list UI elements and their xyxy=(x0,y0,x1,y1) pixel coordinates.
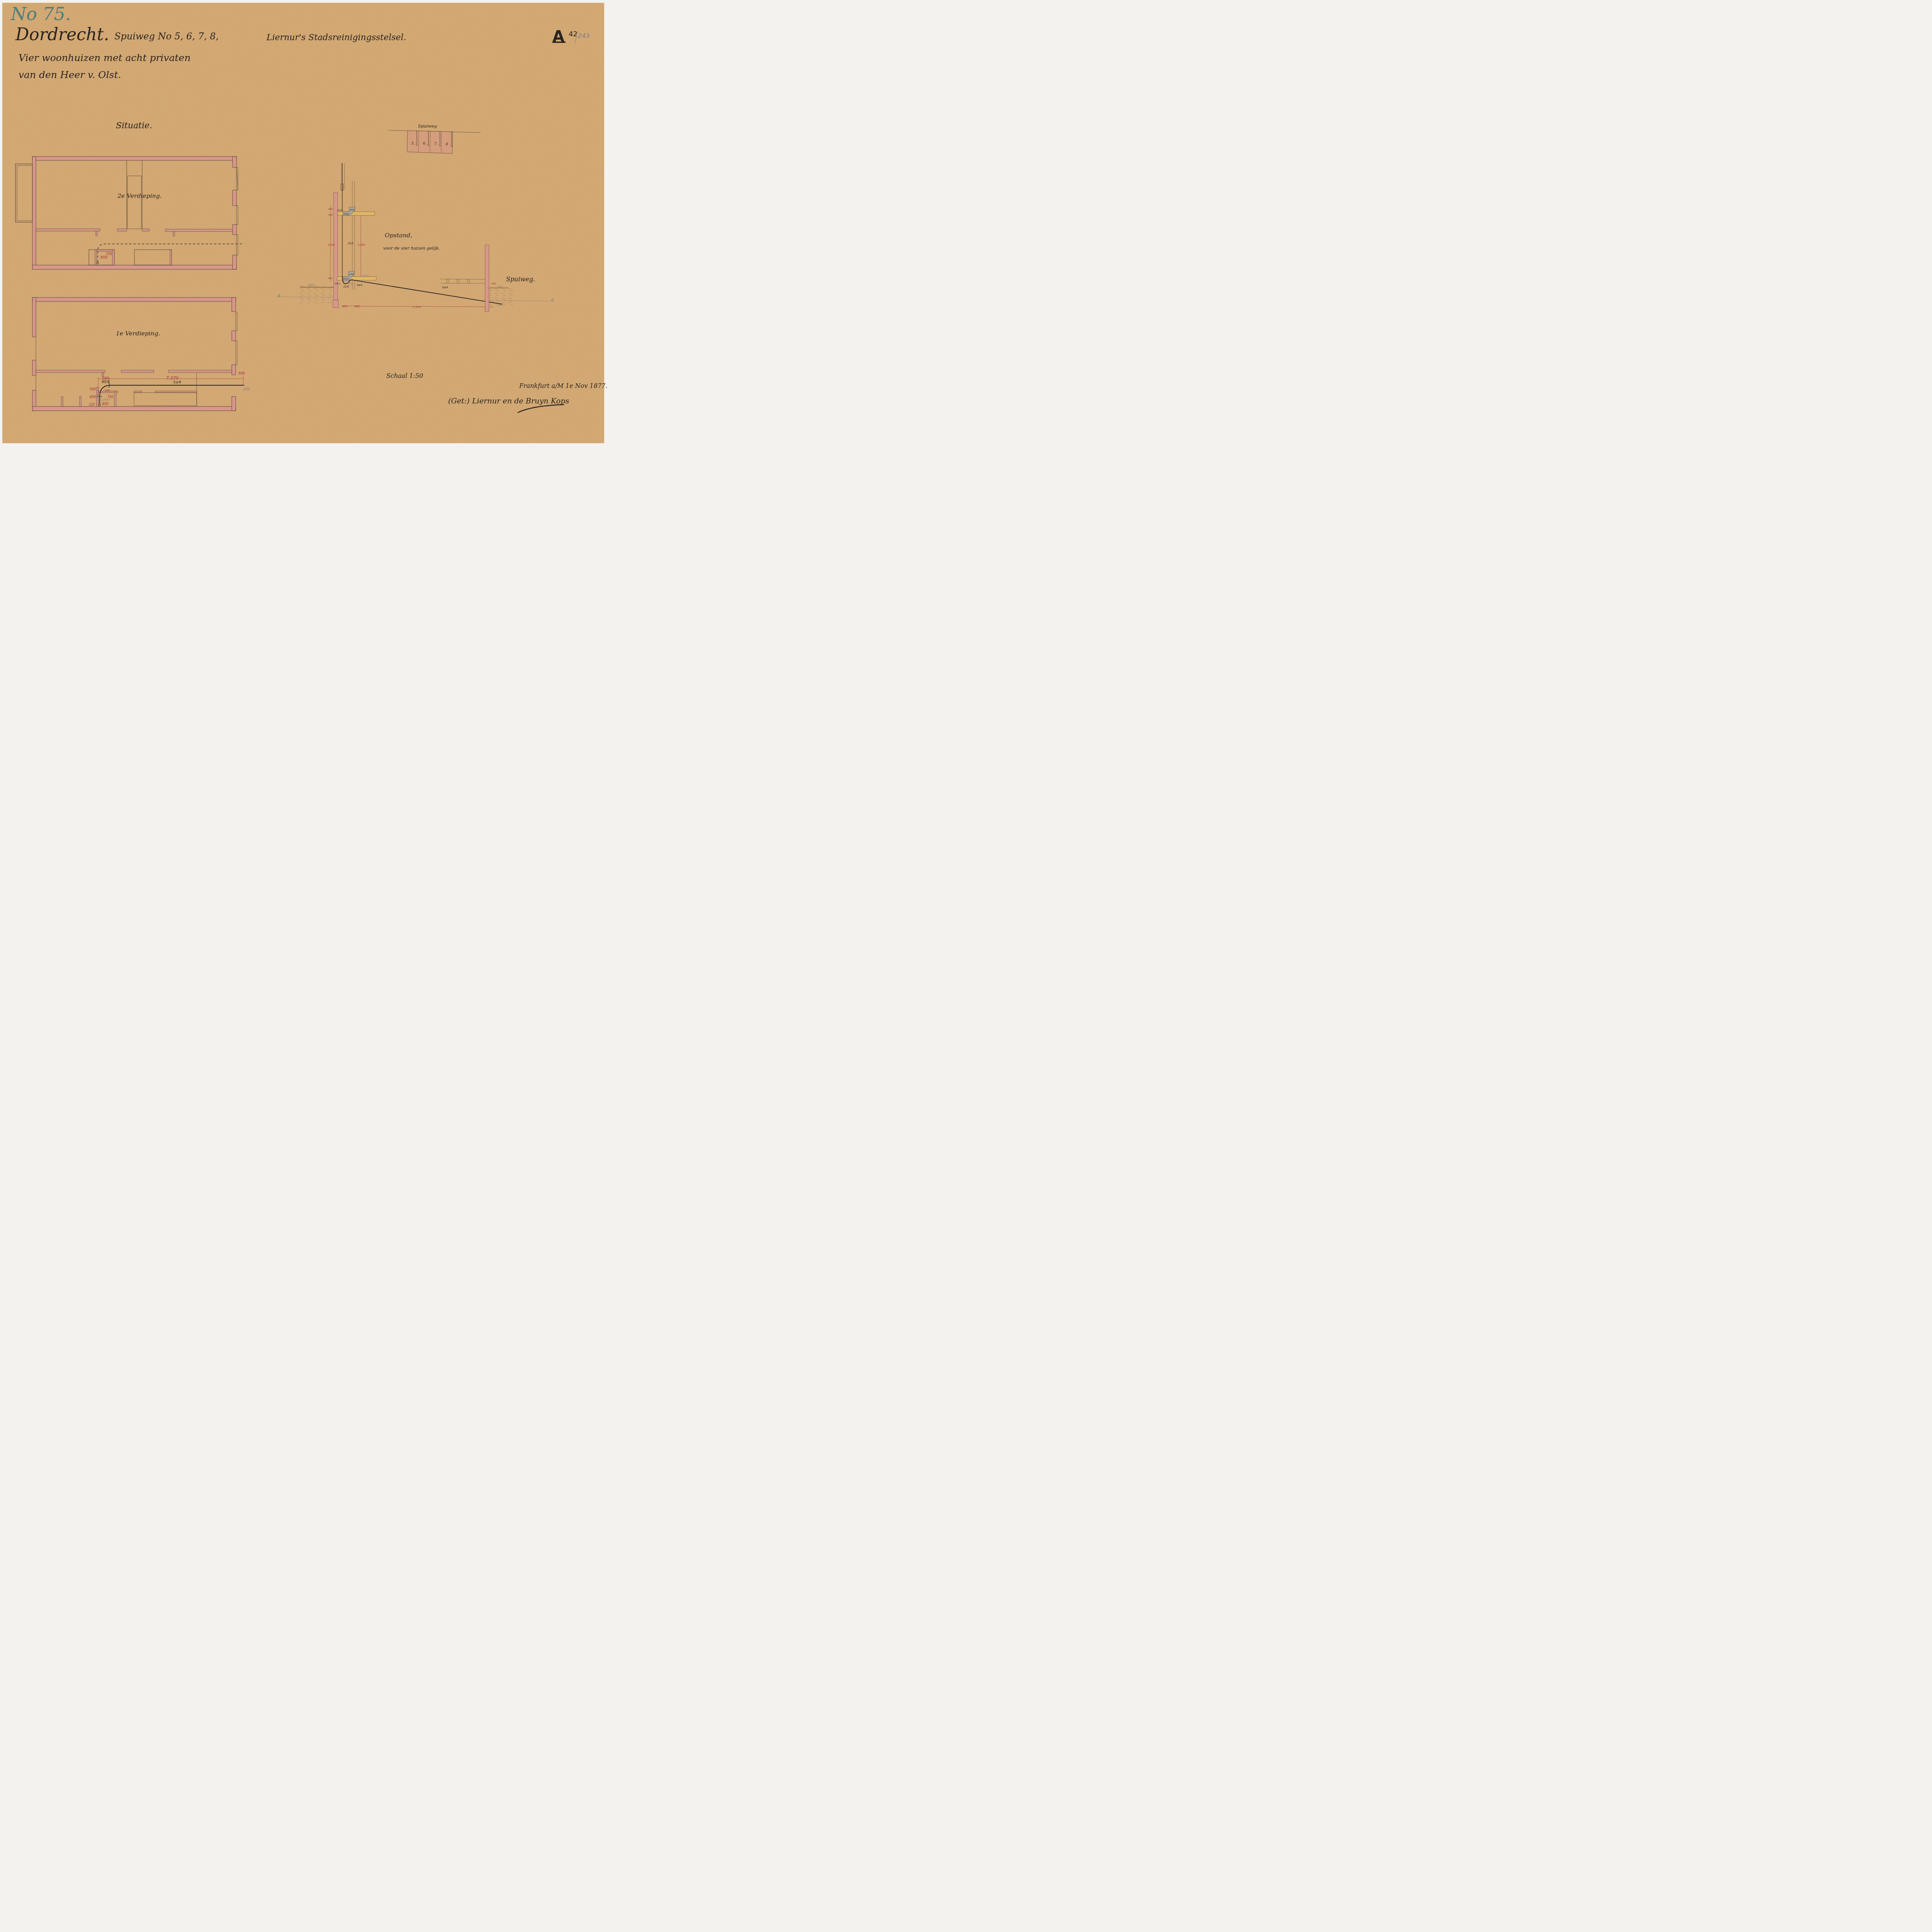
front-wall-footing xyxy=(333,300,338,308)
dim-bottom-7370: 7.370 xyxy=(413,305,421,309)
dim-bend-500: 500 xyxy=(105,389,110,392)
house-number-7: 7. xyxy=(434,142,438,146)
wc-wall xyxy=(95,250,97,265)
ground-hatch-right xyxy=(489,287,515,305)
interior-wall xyxy=(121,370,154,372)
stub-wall xyxy=(61,396,63,406)
sheet-number: No 75. xyxy=(10,3,71,24)
wall-segment xyxy=(134,391,142,393)
label-drain-main: 5a/4 xyxy=(442,286,448,289)
pipe-main-label: 5a/4 xyxy=(173,380,181,384)
plan-upper-label: 2e Verdieping. xyxy=(117,192,162,199)
level-750: 750+ xyxy=(348,283,354,285)
pipe-bend-label: 80/4 xyxy=(102,380,110,384)
paper-grain xyxy=(2,3,604,443)
dim-storey-3250: 3.250 xyxy=(358,243,365,247)
level-500-left: 500+ xyxy=(308,284,316,287)
label-closet-trap-upper: 27/2 xyxy=(344,213,349,216)
drawing-canvas: No 75. Dordrecht. Spuiweg No 5, 6, 7, 8,… xyxy=(0,0,609,446)
situatie-heading: Situatie. xyxy=(116,121,152,131)
place-date: Frankfurt a/M 1e Nov 1877. xyxy=(519,382,607,389)
box-wall xyxy=(170,250,172,265)
wall-right-pier xyxy=(233,255,236,269)
house-number-5: 5. xyxy=(412,141,415,146)
archive-ref-pencil: 243 xyxy=(578,32,590,39)
dim-7370: 7.370 xyxy=(166,376,179,381)
dim-wc-width: 850 xyxy=(100,255,107,260)
wall-right-pier xyxy=(232,365,236,375)
dim-wc-depth: 750 xyxy=(106,252,112,256)
subtitle-line2: van den Heer v. Olst. xyxy=(19,69,121,80)
dim-upper-400: 400 xyxy=(328,214,333,216)
joist xyxy=(447,279,449,283)
dim-upper-500: 500 xyxy=(328,208,333,211)
wall-left-pier xyxy=(32,360,36,376)
wall-right-pier xyxy=(232,331,236,341)
subtitle-line1: Vier woonhuizen met acht privaten xyxy=(19,52,190,63)
level-1100: 1100+ xyxy=(101,398,111,401)
level-500-right: 500+ xyxy=(498,286,504,288)
label-closet-trap-lower: 27/2 xyxy=(344,278,349,281)
plan-lower-label: 1e Verdieping. xyxy=(116,330,160,337)
label-stack-upper: 32/1 xyxy=(337,209,342,212)
interior-wall xyxy=(36,370,105,372)
wall-right-pier xyxy=(233,224,236,235)
wall-bottom xyxy=(32,265,236,269)
label-drain-bend: 8a/4 xyxy=(357,284,362,287)
level-1100: 1100+ xyxy=(362,275,370,277)
house-number-6: 6. xyxy=(423,141,427,146)
site-street-label: Spuiweg xyxy=(418,124,437,129)
dim-wc-850: 850 xyxy=(102,402,109,406)
elevation-title: Opstand, xyxy=(385,232,412,239)
scale-label: Schaal 1:50 xyxy=(386,372,423,379)
wall-segment xyxy=(155,391,197,393)
dim-125: 125 xyxy=(89,403,95,406)
signature: (Get:) Liernur en de Bruyn Kops xyxy=(448,396,569,405)
section-mark-left: A xyxy=(277,293,281,299)
interior-wall xyxy=(142,229,149,231)
wall-stub xyxy=(96,231,97,236)
dim-500-h: 500 xyxy=(90,387,96,391)
joist xyxy=(468,279,470,283)
level-250: 250÷ xyxy=(498,304,504,307)
system-title: Liernur's Stadsreinigingsstelsel. xyxy=(266,33,406,43)
section-mark-right: A. xyxy=(551,298,555,303)
wall-left xyxy=(32,156,36,269)
street-wall xyxy=(485,245,489,311)
wall-right-pier xyxy=(233,190,236,206)
dim-bottom-885: 885 xyxy=(355,305,360,308)
wc-wall xyxy=(114,391,116,406)
interior-wall xyxy=(36,229,100,231)
wall-stub xyxy=(173,231,175,236)
drawing-sheet: No 75. Dordrecht. Spuiweg No 5, 6, 7, 8,… xyxy=(0,0,609,446)
joist xyxy=(457,279,459,283)
stub-wall xyxy=(80,396,81,406)
interior-wall xyxy=(117,229,127,231)
interior-wall xyxy=(168,370,232,372)
ground-line-left xyxy=(300,287,334,287)
wall-right-pier xyxy=(232,298,236,311)
label-closet-top-upper: 27/1 xyxy=(350,209,355,211)
interior-wall xyxy=(165,229,233,231)
elevation-street-label: Spuiweg. xyxy=(506,276,535,283)
wall-right-pier xyxy=(232,396,236,411)
label-closet-top-lower: 27/1 xyxy=(349,273,354,276)
wall-top xyxy=(32,156,236,160)
wall-stub xyxy=(102,372,104,376)
elevation-subtitle: voor de vier huizen gelijk. xyxy=(383,246,440,251)
dim-street-500: 500 xyxy=(492,282,496,285)
wc-wall xyxy=(112,250,114,265)
wc-wall xyxy=(97,250,114,251)
title-address: Spuiweg No 5, 6, 7, 8, xyxy=(114,31,219,42)
wall-left-pier xyxy=(32,298,36,337)
level-700: 700+ xyxy=(335,283,341,285)
ground-hatch-left xyxy=(298,286,334,304)
house-number-8: 8 xyxy=(446,142,448,146)
archive-mark: A xyxy=(553,28,565,46)
label-trap: 22/9 xyxy=(344,285,349,288)
wall-bottom xyxy=(32,406,236,411)
dim-500-right: 500 xyxy=(238,372,245,376)
wall-right-pier xyxy=(233,156,236,167)
title-city: Dordrecht. xyxy=(15,25,109,44)
wall-top xyxy=(32,298,236,301)
label-stack-main: 32/1 xyxy=(348,242,354,245)
dim-lower-400: 400 xyxy=(328,277,333,280)
level-250: 250 xyxy=(243,388,250,391)
pencil-22-9: 22/9 xyxy=(95,395,100,398)
dim-storey-3050: 3,050 xyxy=(328,243,335,247)
dim-bottom-450: 450 xyxy=(342,305,347,308)
